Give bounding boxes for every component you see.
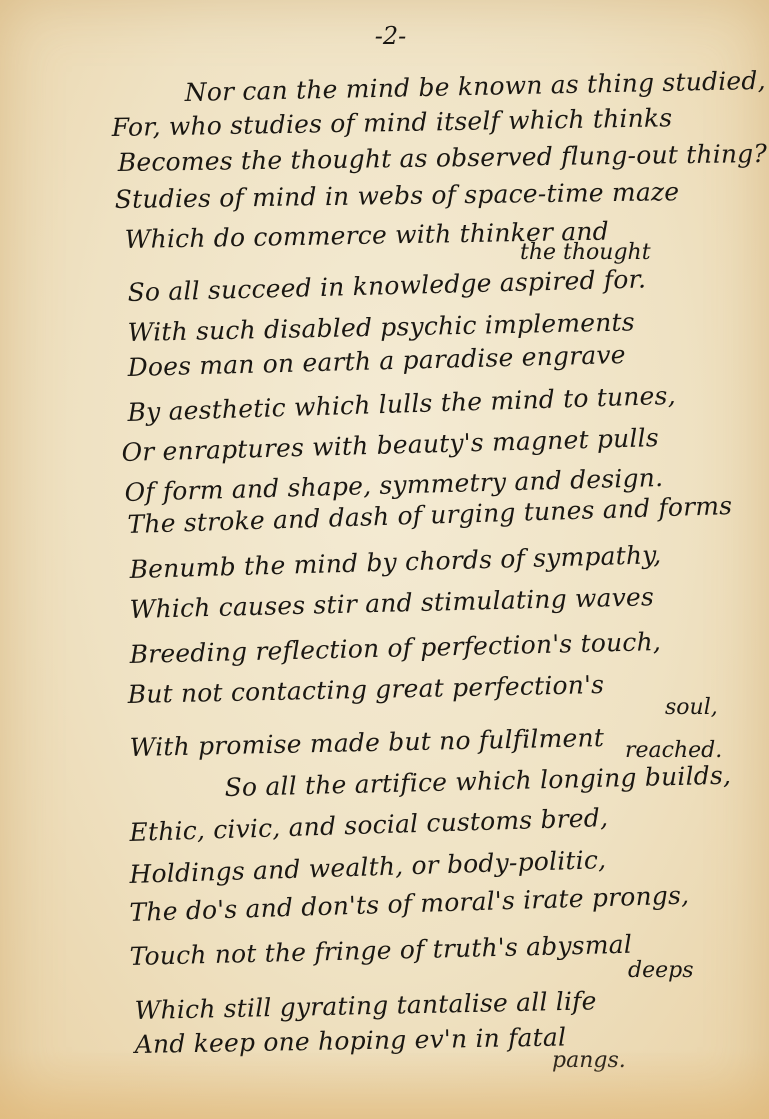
poem-line-19: Ethic, civic, and social customs bred, xyxy=(129,803,608,847)
page-number: -2- xyxy=(0,22,769,50)
poem-line-14: Which causes stir and stimulating waves xyxy=(129,582,654,624)
manuscript-page: -2- Nor can the mind be known as thing s… xyxy=(0,0,769,1119)
poem-line-15: Breeding reflection of perfection's touc… xyxy=(129,627,661,669)
poem-line-22: Touch not the fringe of truth's abysmal xyxy=(129,930,632,971)
poem-line-23: Which still gyrating tantalise all life xyxy=(134,986,596,1025)
poem-line-2: For, who studies of mind itself which th… xyxy=(111,103,672,142)
poem-line-9: By aesthetic which lulls the mind to tun… xyxy=(127,381,676,427)
poem-line-10: Or enraptures with beauty's magnet pulls xyxy=(121,423,659,467)
poem-line-24-overflow: pangs. xyxy=(552,1048,626,1073)
poem-line-17: With promise made but no fulfilment xyxy=(129,723,604,762)
poem-line-22-overflow: deeps xyxy=(628,958,694,983)
poem-line-8: Does man on earth a paradise engrave xyxy=(127,340,626,382)
poem-line-16: But not contacting great perfection's xyxy=(127,670,604,709)
poem-line-4: Studies of mind in webs of space-time ma… xyxy=(115,177,680,214)
poem-line-3: Becomes the thought as observed flung-ou… xyxy=(118,139,768,177)
poem-line-5-overflow: the thought xyxy=(520,240,651,265)
poem-line-18: So all the artifice which longing builds… xyxy=(224,761,731,802)
poem-line-20: Holdings and wealth, or body-politic, xyxy=(129,845,607,889)
poem-line-17-overflow: reached. xyxy=(625,738,722,763)
poem-line-1: Nor can the mind be known as thing studi… xyxy=(184,66,766,107)
poem-line-21: The do's and don'ts of moral's irate pro… xyxy=(129,880,690,927)
poem-line-6: So all succeed in knowledge aspired for. xyxy=(127,264,646,307)
poem-line-16-overflow: soul, xyxy=(665,695,718,720)
poem-line-24: And keep one hoping ev'n in fatal xyxy=(134,1022,566,1059)
poem-line-13: Benumb the mind by chords of sympathy, xyxy=(129,540,662,584)
